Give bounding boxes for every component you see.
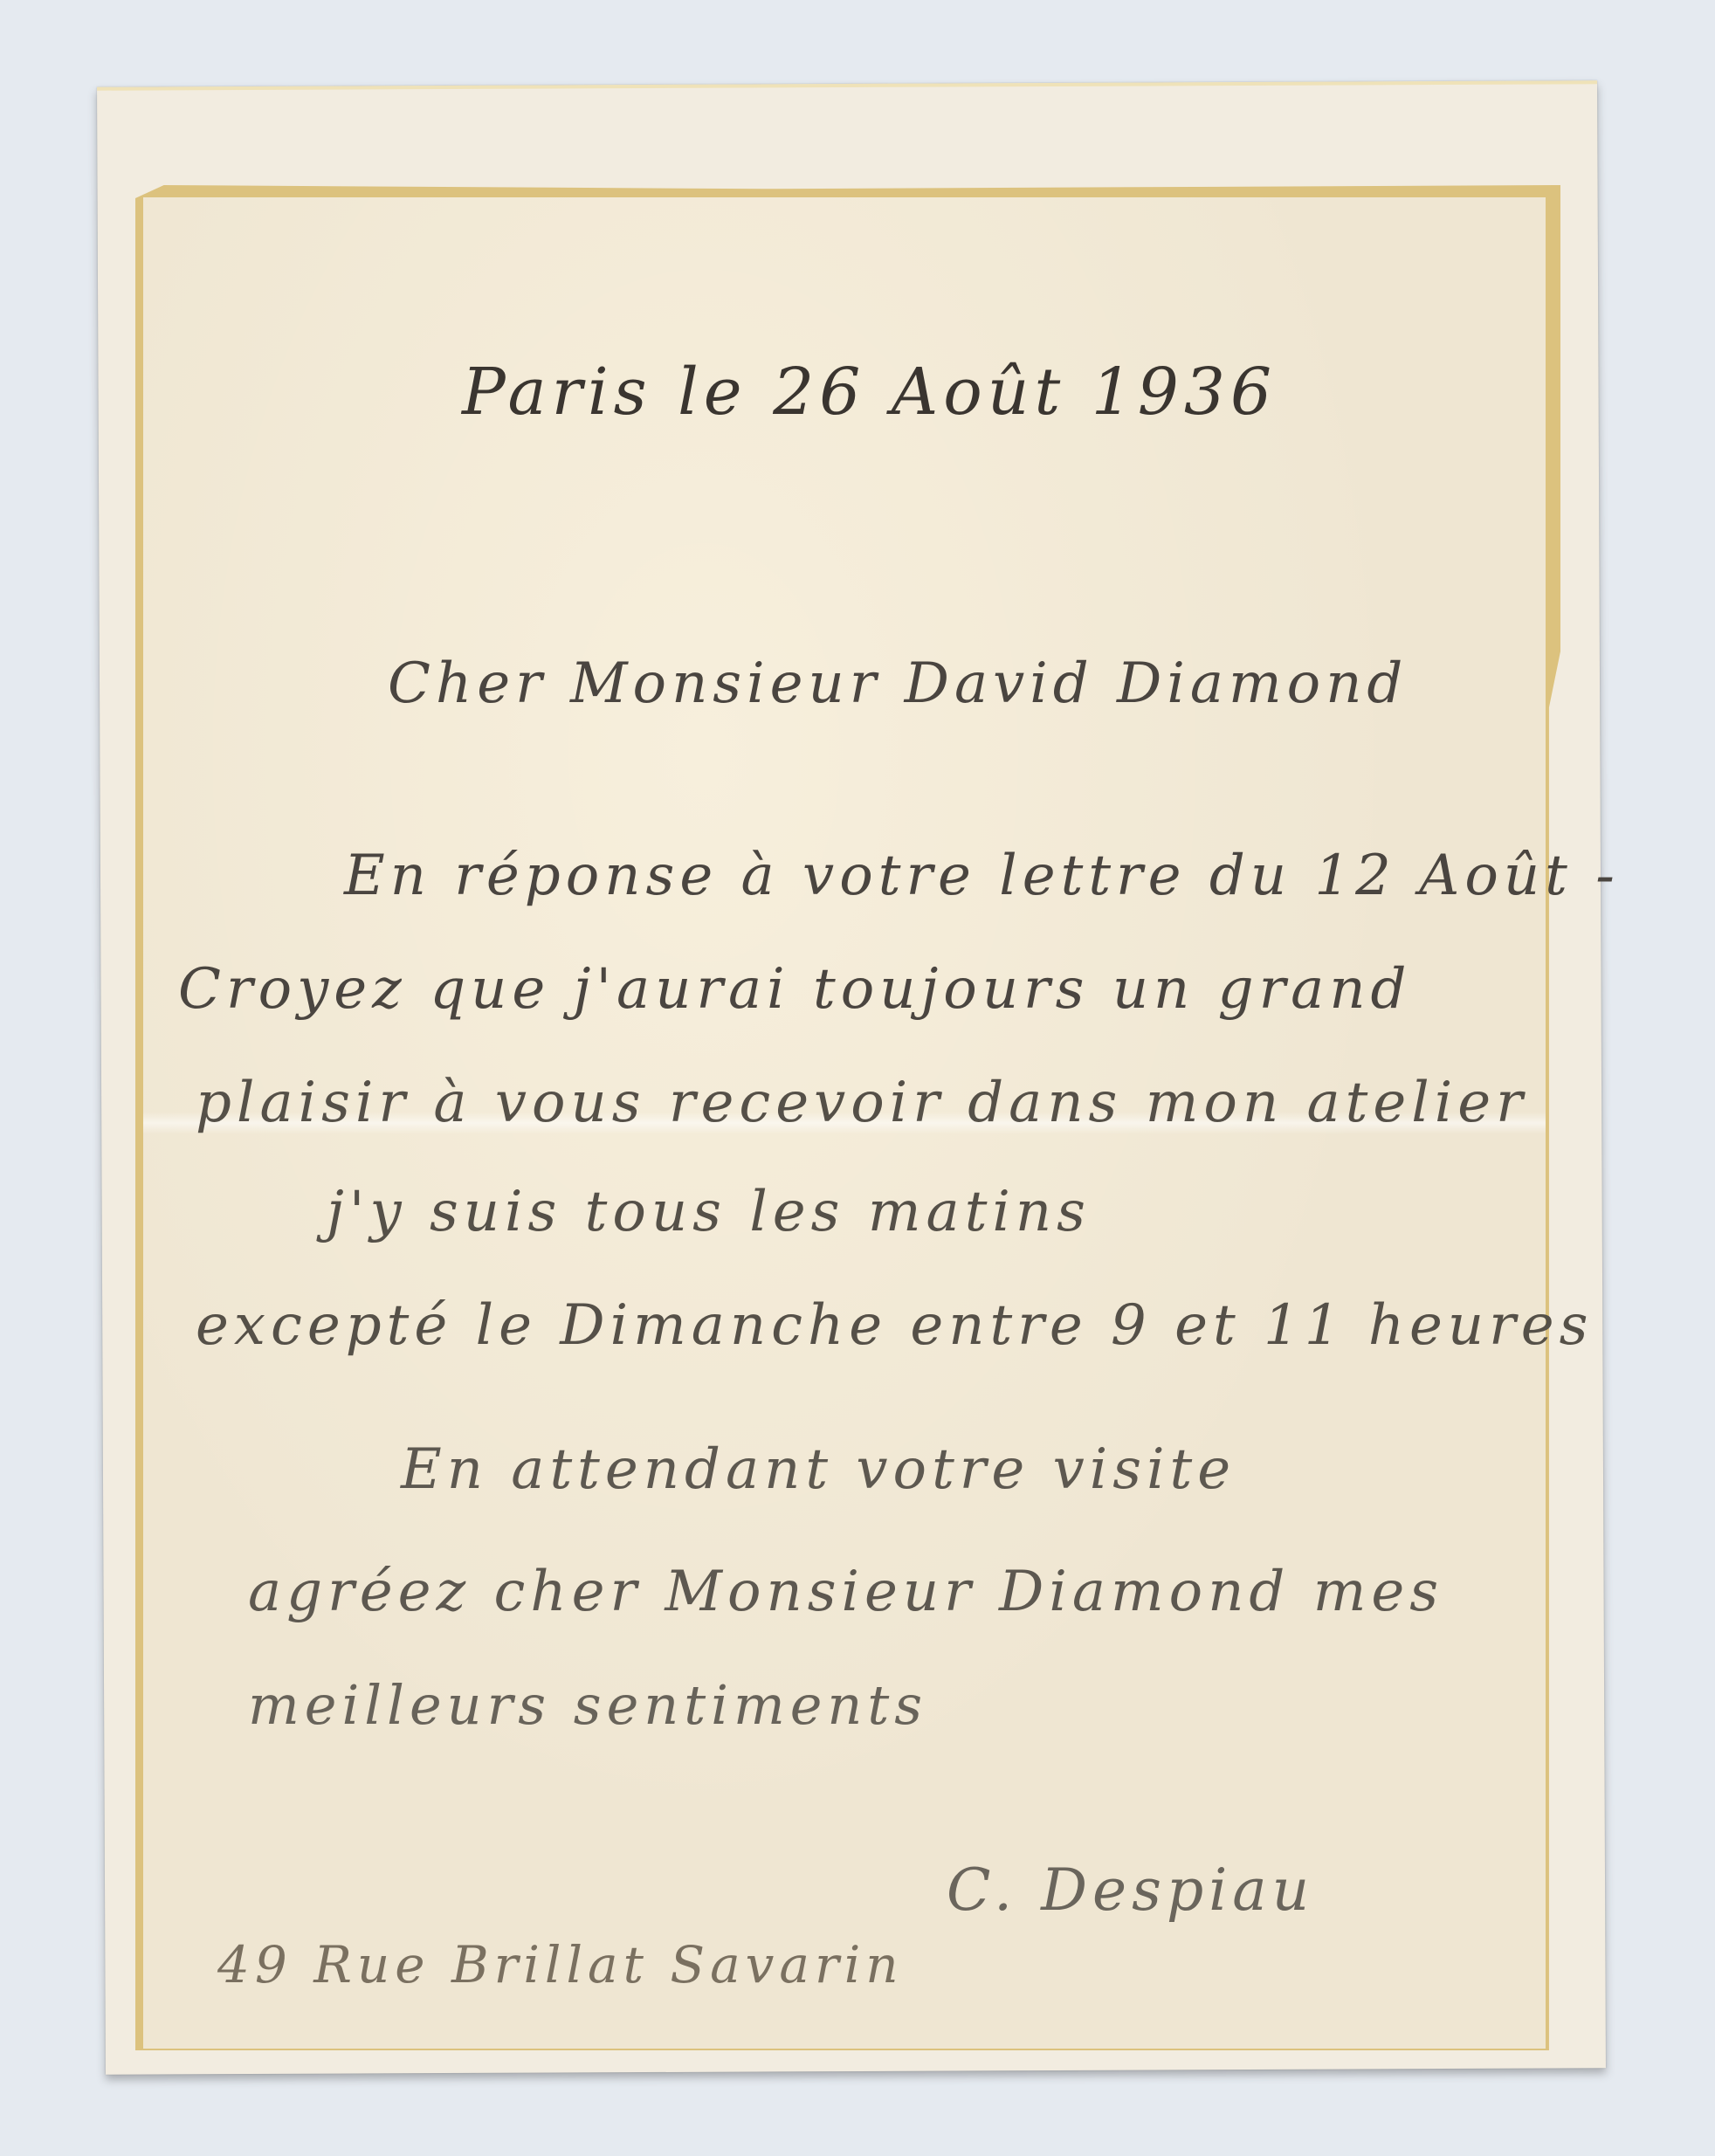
salutation: Cher Monsieur David Diamond <box>388 651 1408 716</box>
body-line: excepté le Dimanche entre 9 et 11 heures <box>196 1293 1593 1358</box>
body-line: meilleurs sentiments <box>248 1673 927 1737</box>
date-line: Paris le 26 Août 1936 <box>462 355 1277 430</box>
body-line: agréez cher Monsieur Diamond mes <box>248 1560 1443 1624</box>
body-line: Croyez que j'aurai toujours un grand <box>178 957 1412 1022</box>
body-line: En réponse à votre lettre du 12 Août - <box>344 844 1620 908</box>
body-line: En attendant votre visite <box>401 1437 1236 1502</box>
body-line: plaisir à vous recevoir dans mon atelier <box>196 1071 1528 1135</box>
body-line: j'y suis tous les matins <box>327 1180 1091 1244</box>
letter-sheet: Paris le 26 Août 1936 Cher Monsieur Davi… <box>143 197 1546 2049</box>
sender-address: 49 Rue Brillat Savarin <box>217 1935 904 1994</box>
signature: C. Despiau <box>947 1856 1314 1924</box>
